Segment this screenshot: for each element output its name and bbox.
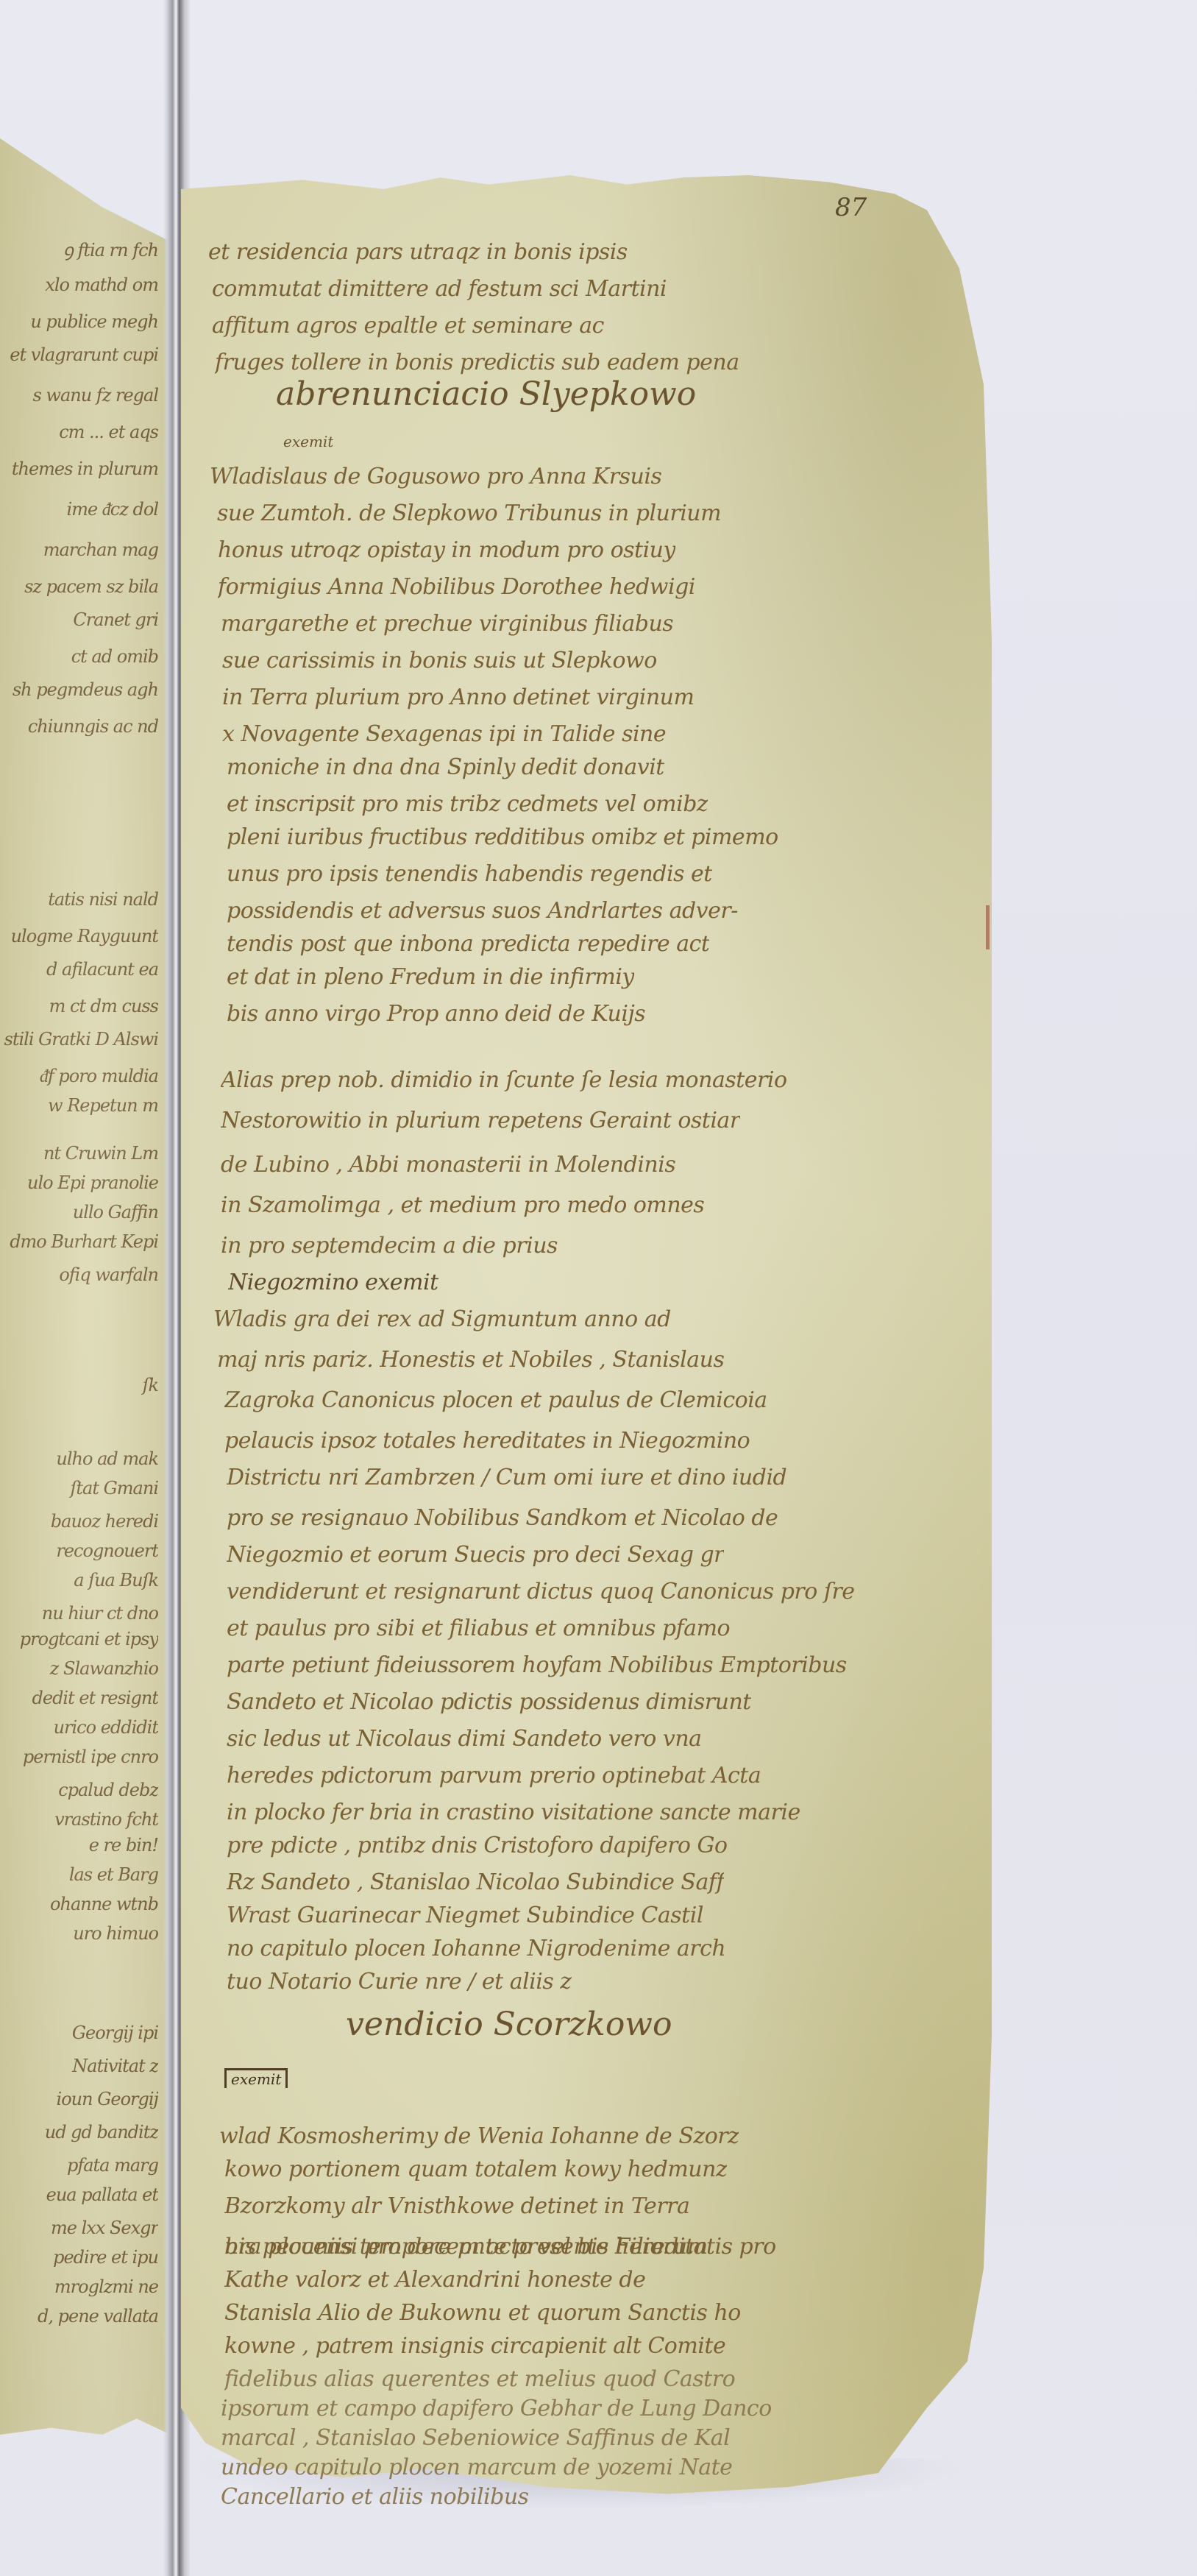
left-page-line: stili Gratki D Alswi <box>0 1029 158 1050</box>
marginal-note-exemit: exemit <box>224 2068 288 2088</box>
manuscript-line: Wrast Guarinecar Niegmet Subindice Casti… <box>227 1903 703 1928</box>
left-page-line: ullo Gaffin <box>0 1202 158 1222</box>
left-page: ꝯ ftia rn fchxlo mathd omu publice meghe… <box>0 138 171 2435</box>
left-page-line: vrastino fcht <box>0 1809 158 1830</box>
left-page-line: chiunngis ac nd <box>0 716 158 737</box>
manuscript-line: Stanisla Alio de Bukownu et quorum Sanct… <box>224 2300 741 2326</box>
manuscript-line: parte petiunt fideiussorem hoyfam Nobili… <box>227 1652 847 1678</box>
left-page-line: pedire et ipu <box>0 2247 158 2268</box>
manuscript-line: ipsorum et campo dapifero Gebhar de Lung… <box>221 2396 772 2421</box>
left-page-line: las et Barg <box>0 1864 158 1885</box>
manuscript-line: et residencia pars utraqz in bonis ipsis <box>208 239 628 265</box>
manuscript-line: sue carissimis in bonis suis ut Slepkowo <box>222 648 657 673</box>
folio-number: 87 <box>835 193 867 222</box>
left-page-line: Nativitat z <box>0 2056 158 2076</box>
left-page-line: ulho ad mak <box>0 1448 158 1469</box>
manuscript-line: Sandeto et Nicolao pdictis possidenus di… <box>227 1689 751 1715</box>
left-page-line: cpalud debz <box>0 1780 158 1800</box>
left-page-line: recognouert <box>0 1540 158 1561</box>
left-page-line: tatis nisi nald <box>0 889 158 910</box>
left-page-line: e re bin! <box>0 1835 158 1855</box>
left-page-line: ioun Georgij <box>0 2089 158 2109</box>
left-page-line: eua pallata et <box>0 2184 158 2205</box>
manuscript-line: Wladislaus de Gogusowo pro Anna Krsuis <box>210 464 661 489</box>
manuscript-line: in Terra plurium pro Anno detinet virgin… <box>222 684 694 710</box>
manuscript-line: marcal , Stanislao Sebeniowice Saffinus … <box>221 2425 730 2451</box>
manuscript-line: et inscripsit pro mis tribz cedmets vel … <box>227 791 708 817</box>
left-page-line: ofiq warfaln <box>0 1264 158 1285</box>
manuscript-line: et paulus pro sibi et filiabus et omnibu… <box>227 1616 730 1641</box>
manuscript-line: in Szamolimga , et medium pro medo omnes <box>221 1192 704 1218</box>
manuscript-line: margarethe et prechue virginibus filiabu… <box>221 611 673 637</box>
manuscript-line: heredes pdictorum parvum prerio optineba… <box>227 1763 761 1788</box>
manuscript-line: Niegozmio et eorum Suecis pro deci Sexag… <box>227 1542 724 1568</box>
left-page-line: marchan mag <box>0 539 158 560</box>
manuscript-line: Wladis gra dei rex ad Sigmuntum anno ad <box>213 1306 671 1332</box>
left-page-line: xlo mathd om <box>0 275 158 295</box>
left-page-line: pfata marg <box>0 2155 158 2176</box>
left-page-line: ulo Epi pranolie <box>0 1172 158 1193</box>
left-page-line: Georgij ipi <box>0 2023 158 2043</box>
left-page-line: z Slawanzhio <box>0 1658 158 1679</box>
left-page-line: dmo Burhart Kepi <box>0 1231 158 1252</box>
left-page-line: et vlagrarunt cupi <box>0 344 158 365</box>
left-page-text: ꝯ ftia rn fchxlo mathd omu publice meghe… <box>0 138 171 2435</box>
manuscript-line: kowne , patrem insignis circapienit alt … <box>224 2333 725 2359</box>
left-page-line: progtcani et ipsy <box>0 1629 158 1649</box>
manuscript-line: Districtu nri Zambrzen / Cum omi iure et… <box>227 1465 786 1490</box>
left-page-line: ᵭf poro muldia <box>0 1066 158 1087</box>
left-page-line: ſtat Gmani <box>0 1478 158 1498</box>
left-page-line: bauoz heredi <box>0 1511 158 1532</box>
manuscript-line: Nestorowitio in plurium repetens Geraint… <box>221 1108 740 1133</box>
left-page-line: urico eddidit <box>0 1717 158 1738</box>
manuscript-line: Bzorzkomy alr Vnisthkowe detinet in Terr… <box>224 2193 689 2219</box>
manuscript-line: bis anno virgo Prop anno deid de Kuijs <box>227 1001 645 1027</box>
left-page-line: ct ad omib <box>0 646 158 667</box>
red-ink-mark <box>986 905 990 949</box>
manuscript-line: Rz Sandeto , Stanislao Nicolao Subindice… <box>227 1869 724 1895</box>
manuscript-line: unus pro ipsis tenendis habendis regendi… <box>227 861 712 887</box>
entry-place-heading: Niegozmino exemit <box>228 1270 438 1295</box>
entry-heading: vendicio Scorzkowo <box>346 2006 672 2043</box>
manuscript-line: honus utroqz opistay in modum pro ostiuy <box>218 537 675 563</box>
manuscript-line: sue Zumtoh. de Slepkowo Tribunus in plur… <box>217 500 721 526</box>
manuscript-line: kowo portionem quam totalem kowy hedmunz <box>224 2156 727 2182</box>
manuscript-line: possidendis et adversus suos Andrlartes … <box>227 898 738 924</box>
left-page-line: me lxx Sexgr <box>0 2218 158 2238</box>
manuscript-line: Kathe valorz et Alexandrini honeste de <box>224 2267 645 2293</box>
marginal-note-exemit: exemit <box>283 433 333 450</box>
left-page-line: ohanne wtnb <box>0 1894 158 1914</box>
left-page-line: pernistl ipe cnro <box>0 1747 158 1767</box>
left-page-line: u publice megh <box>0 311 158 332</box>
manuscript-line: commutat dimittere ad festum sci Martini <box>212 276 667 302</box>
left-page-line: ſk <box>0 1375 158 1395</box>
manuscript-line: in plocko fer bria in crastino visitatio… <box>227 1800 800 1825</box>
manuscript-line: Zagroka Canonicus plocen et paulus de Cl… <box>224 1387 767 1413</box>
manuscript-line: moniche in dna dna Spinly dedit donavit <box>227 754 664 780</box>
left-page-line: Cranet gri <box>0 609 158 630</box>
left-page-line: dedit et resignt <box>0 1688 158 1708</box>
manuscript-line: fidelibus alias querentes et melius quod… <box>224 2366 735 2392</box>
manuscript-line: wlad Kosmosherimy de Wenia Iohanne de Sz… <box>219 2123 739 2149</box>
entry-heading: abrenunciacio Slyepkowo <box>276 375 696 413</box>
manuscript-line: pleni iuribus fructibus redditibus omibz… <box>227 824 778 850</box>
left-page-line: s wanu fz regal <box>0 385 158 406</box>
manuscript-line: sic ledus ut Nicolaus dimi Sandeto vero … <box>227 1726 702 1752</box>
left-page-line: w Repetun m <box>0 1095 158 1116</box>
left-page-line: uro himuo <box>0 1923 158 1944</box>
manuscript-line: bis pecuniis tempore pnte presente Filio… <box>224 2234 708 2260</box>
manuscript-line: tendis post que inbona predicta repedire… <box>227 931 709 957</box>
manuscript-line: maj nris pariz. Honestis et Nobiles , St… <box>217 1347 724 1373</box>
left-page-line: d afilacunt ea <box>0 959 158 980</box>
manuscript-line: affitum agros epaltle et seminare ac <box>212 313 604 339</box>
manuscript-line: tuo Notario Curie nre / et aliis z <box>227 1969 572 1995</box>
manuscript-line: undeo capitulo plocen marcum de yozemi N… <box>221 2455 732 2480</box>
left-page-line: sz pacem sz bila <box>0 576 158 597</box>
manuscript-line: x Novagente Sexagenas ipi in Talide sine <box>222 721 666 747</box>
manuscript-line: pre pdicte , pntibz dnis Cristoforo dapi… <box>227 1833 728 1858</box>
manuscript-line: fruges tollere in bonis predictis sub ea… <box>215 350 739 375</box>
manuscript-line: pro se resignauo Nobilibus Sandkom et Ni… <box>227 1505 778 1531</box>
left-page-line: cm ... et aqs <box>0 422 158 442</box>
left-page-line: nu hiur ct dno <box>0 1603 158 1624</box>
manuscript-line: Alias prep nob. dimidio in ſcunte ſe les… <box>221 1067 787 1093</box>
manuscript-line: pelaucis ipsoz totales hereditates in Ni… <box>224 1428 750 1454</box>
left-page-line: ime ᵭcz dol <box>0 499 158 520</box>
manuscript-line: Cancellario et aliis nobilibus <box>221 2484 529 2510</box>
left-page-line: ulogme Rayguunt <box>0 926 158 946</box>
manuscript-line: no capitulo plocen Iohanne Nigrodenime a… <box>227 1936 725 1961</box>
left-page-line: m ct dm cuss <box>0 996 158 1016</box>
left-page-line: d, pene vallata <box>0 2306 158 2326</box>
left-page-line: themes in plurum <box>0 459 158 479</box>
manuscript-line: de Lubino , Abbi monasterii in Molendini… <box>221 1152 675 1178</box>
manuscript-line: formigius Anna Nobilibus Dorothee hedwig… <box>218 574 695 600</box>
left-page-line: mroglzmi ne <box>0 2276 158 2297</box>
manuscript-line: in pro septemdecim a die prius <box>221 1233 558 1259</box>
left-page-line: a ſua Buſk <box>0 1570 158 1590</box>
left-page-line: nt Cruwin Lm <box>0 1143 158 1164</box>
left-page-line: ud gd banditz <box>0 2122 158 2142</box>
left-page-line: sh pegmdeus agh <box>0 679 158 700</box>
manuscript-line: vendiderunt et resignarunt dictus quoq C… <box>227 1579 855 1604</box>
manuscript-line: et dat in pleno Fredum in die infirmiy <box>227 964 634 990</box>
left-page-line: ꝯ ftia rn fch <box>0 238 158 262</box>
